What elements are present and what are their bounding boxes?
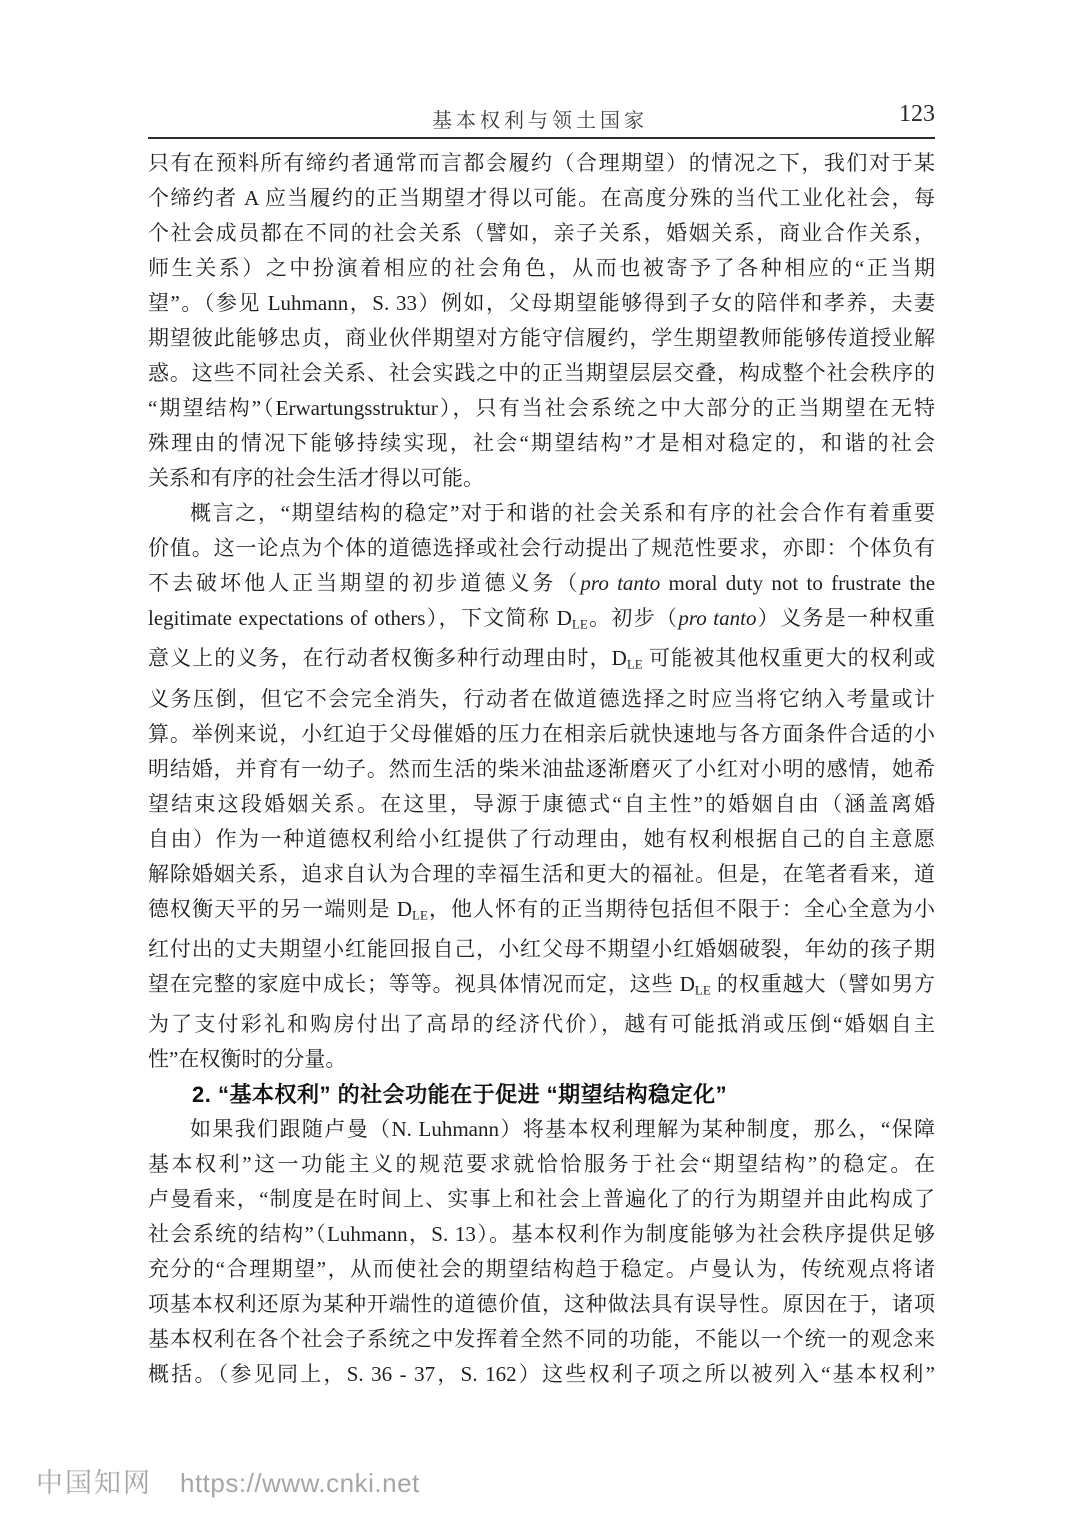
paragraph: 如果我们跟随卢曼（N. Luhmann）将基本权利理解为某种制度，那么，“保障基… (148, 1112, 935, 1392)
paragraph: 概言之，“期望结构的稳定”对于和谐的社会关系和有序的社会合作有着重要价值。这一论… (148, 496, 935, 1077)
text-line: 望”。（参见 Luhmann，S. 33）例如，父母期望能够得到子女的陪伴和孝养… (148, 286, 935, 321)
text-line: 殊理由的情况下能够持续实现，社会“期望结构”才是相对稳定的，和谐的社会 (148, 426, 935, 461)
cnki-brand-text: 中国知网 (36, 1461, 152, 1500)
text-line: 概言之，“期望结构的稳定”对于和谐的社会关系和有序的社会合作有着重要 (148, 496, 935, 531)
text-line: 基本权利在各个社会子系统之中发挥着全然不同的功能，不能以一个统一的观念来 (148, 1322, 935, 1357)
italic-latin-text: pro tanto (678, 606, 756, 630)
footer-watermark: 中国知网 https://www.cnki.net (36, 1461, 420, 1500)
text-line: 概括。（参见同上，S. 36 - 37，S. 162）这些权利子项之所以被列入“… (148, 1357, 935, 1392)
italic-latin-text: pro tanto (580, 571, 660, 595)
text-line: 惑。这些不同社会关系、社会实践之中的正当期望层层交叠，构成整个社会秩序的 (148, 356, 935, 391)
paper-page: 基本权利与领土国家 123 只有在预料所有缔约者通常而言都会履约（合理期望）的情… (0, 0, 1080, 1528)
text-line: 意义上的义务，在行动者权衡多种行动理由时，DLE 可能被其他权重更大的权利或 (148, 641, 935, 681)
text-line: 基本权利”这一功能主义的规范要求就恰恰服务于社会“期望结构”的稳定。在 (148, 1147, 935, 1182)
cnki-url-text: https://www.cnki.net (180, 1468, 420, 1499)
text-line: legitimate expectations of others），下文简称 … (148, 601, 935, 641)
text-line: 如果我们跟随卢曼（N. Luhmann）将基本权利理解为某种制度，那么，“保障 (148, 1112, 935, 1147)
text-line: 解除婚姻关系，追求自认为合理的幸福生活和更大的福祉。但是，在笔者看来，道 (148, 857, 935, 892)
text-line: 望结束这段婚姻关系。在这里，导源于康德式“自主性”的婚姻自由（涵盖离婚 (148, 787, 935, 822)
subscript-text: LE (695, 982, 711, 997)
subscript-text: LE (412, 907, 428, 922)
heading-line: 2. “基本权利” 的社会功能在于促进 “期望结构稳定化” (148, 1077, 935, 1112)
text-line: 不去破坏他人正当期望的初步道德义务（pro tanto moral duty n… (148, 566, 935, 601)
text-line: 期望彼此能够忠贞，商业伙伴期望对方能守信履约，学生期望教师能够传道授业解 (148, 321, 935, 356)
subscript-text: LE (627, 657, 643, 672)
text-line: 明结婚，并育有一幼子。然而生活的柴米油盐逐渐磨灭了小红对小明的感情，她希 (148, 752, 935, 787)
text-line: 望在完整的家庭中成长；等等。视具体情况而定，这些 DLE 的权重越大（譬如男方 (148, 967, 935, 1007)
header-rule (148, 137, 935, 139)
text-line: 为了支付彩礼和购房付出了高昂的经济代价），越有可能抵消或压倒“婚姻自主 (148, 1007, 935, 1042)
text-line: 自由）作为一种道德权利给小红提供了行动理由，她有权利根据自己的自主意愿 (148, 822, 935, 857)
section-heading: 2. “基本权利” 的社会功能在于促进 “期望结构稳定化” (148, 1077, 935, 1112)
text-line: 社会系统的结构”（Luhmann，S. 13）。基本权利作为制度能够为社会秩序提… (148, 1217, 935, 1252)
text-line: 充分的“合理期望”，从而使社会的期望结构趋于稳定。卢曼认为，传统观点将诸 (148, 1252, 935, 1287)
paragraph: 只有在预料所有缔约者通常而言都会履约（合理期望）的情况之下，我们对于某个缔约者 … (148, 146, 935, 496)
text-line: 个缔约者 A 应当履约的正当期望才得以可能。在高度分殊的当代工业化社会，每 (148, 181, 935, 216)
text-line: 师生关系）之中扮演着相应的社会角色，从而也被寄予了各种相应的“正当期 (148, 251, 935, 286)
text-line: 价值。这一论点为个体的道德选择或社会行动提出了规范性要求，亦即：个体负有 (148, 531, 935, 566)
text-line: 性”在权衡时的分量。 (148, 1042, 935, 1077)
text-line: “期望结构”（Erwartungsstruktur），只有当社会系统之中大部分的… (148, 391, 935, 426)
text-line: 关系和有序的社会生活才得以可能。 (148, 461, 935, 496)
text-line: 义务压倒，但它不会完全消失，行动者在做道德选择之时应当将它纳入考量或计 (148, 682, 935, 717)
subscript-text: LE (572, 616, 588, 631)
text-line: 红付出的丈夫期望小红能回报自己，小红父母不期望小红婚姻破裂，年幼的孩子期 (148, 932, 935, 967)
article-body: 只有在预料所有缔约者通常而言都会履约（合理期望）的情况之下，我们对于某个缔约者 … (148, 146, 935, 1392)
text-line: 项基本权利还原为某种开端性的道德价值，这种做法具有误导性。原因在于，诸项 (148, 1287, 935, 1322)
text-line: 德权衡天平的另一端则是 DLE，他人怀有的正当期待包括但不限于：全心全意为小 (148, 892, 935, 932)
page-number: 123 (899, 101, 935, 128)
text-line: 卢曼看来，“制度是在时间上、实事上和社会上普遍化了的行为期望并由此构成了 (148, 1182, 935, 1217)
text-line: 算。举例来说，小红迫于父母催婚的压力在相亲后就快速地与各方面条件合适的小 (148, 717, 935, 752)
text-line: 个社会成员都在不同的社会关系（譬如，亲子关系，婚姻关系，商业合作关系， (148, 216, 935, 251)
text-line: 只有在预料所有缔约者通常而言都会履约（合理期望）的情况之下，我们对于某 (148, 146, 935, 181)
